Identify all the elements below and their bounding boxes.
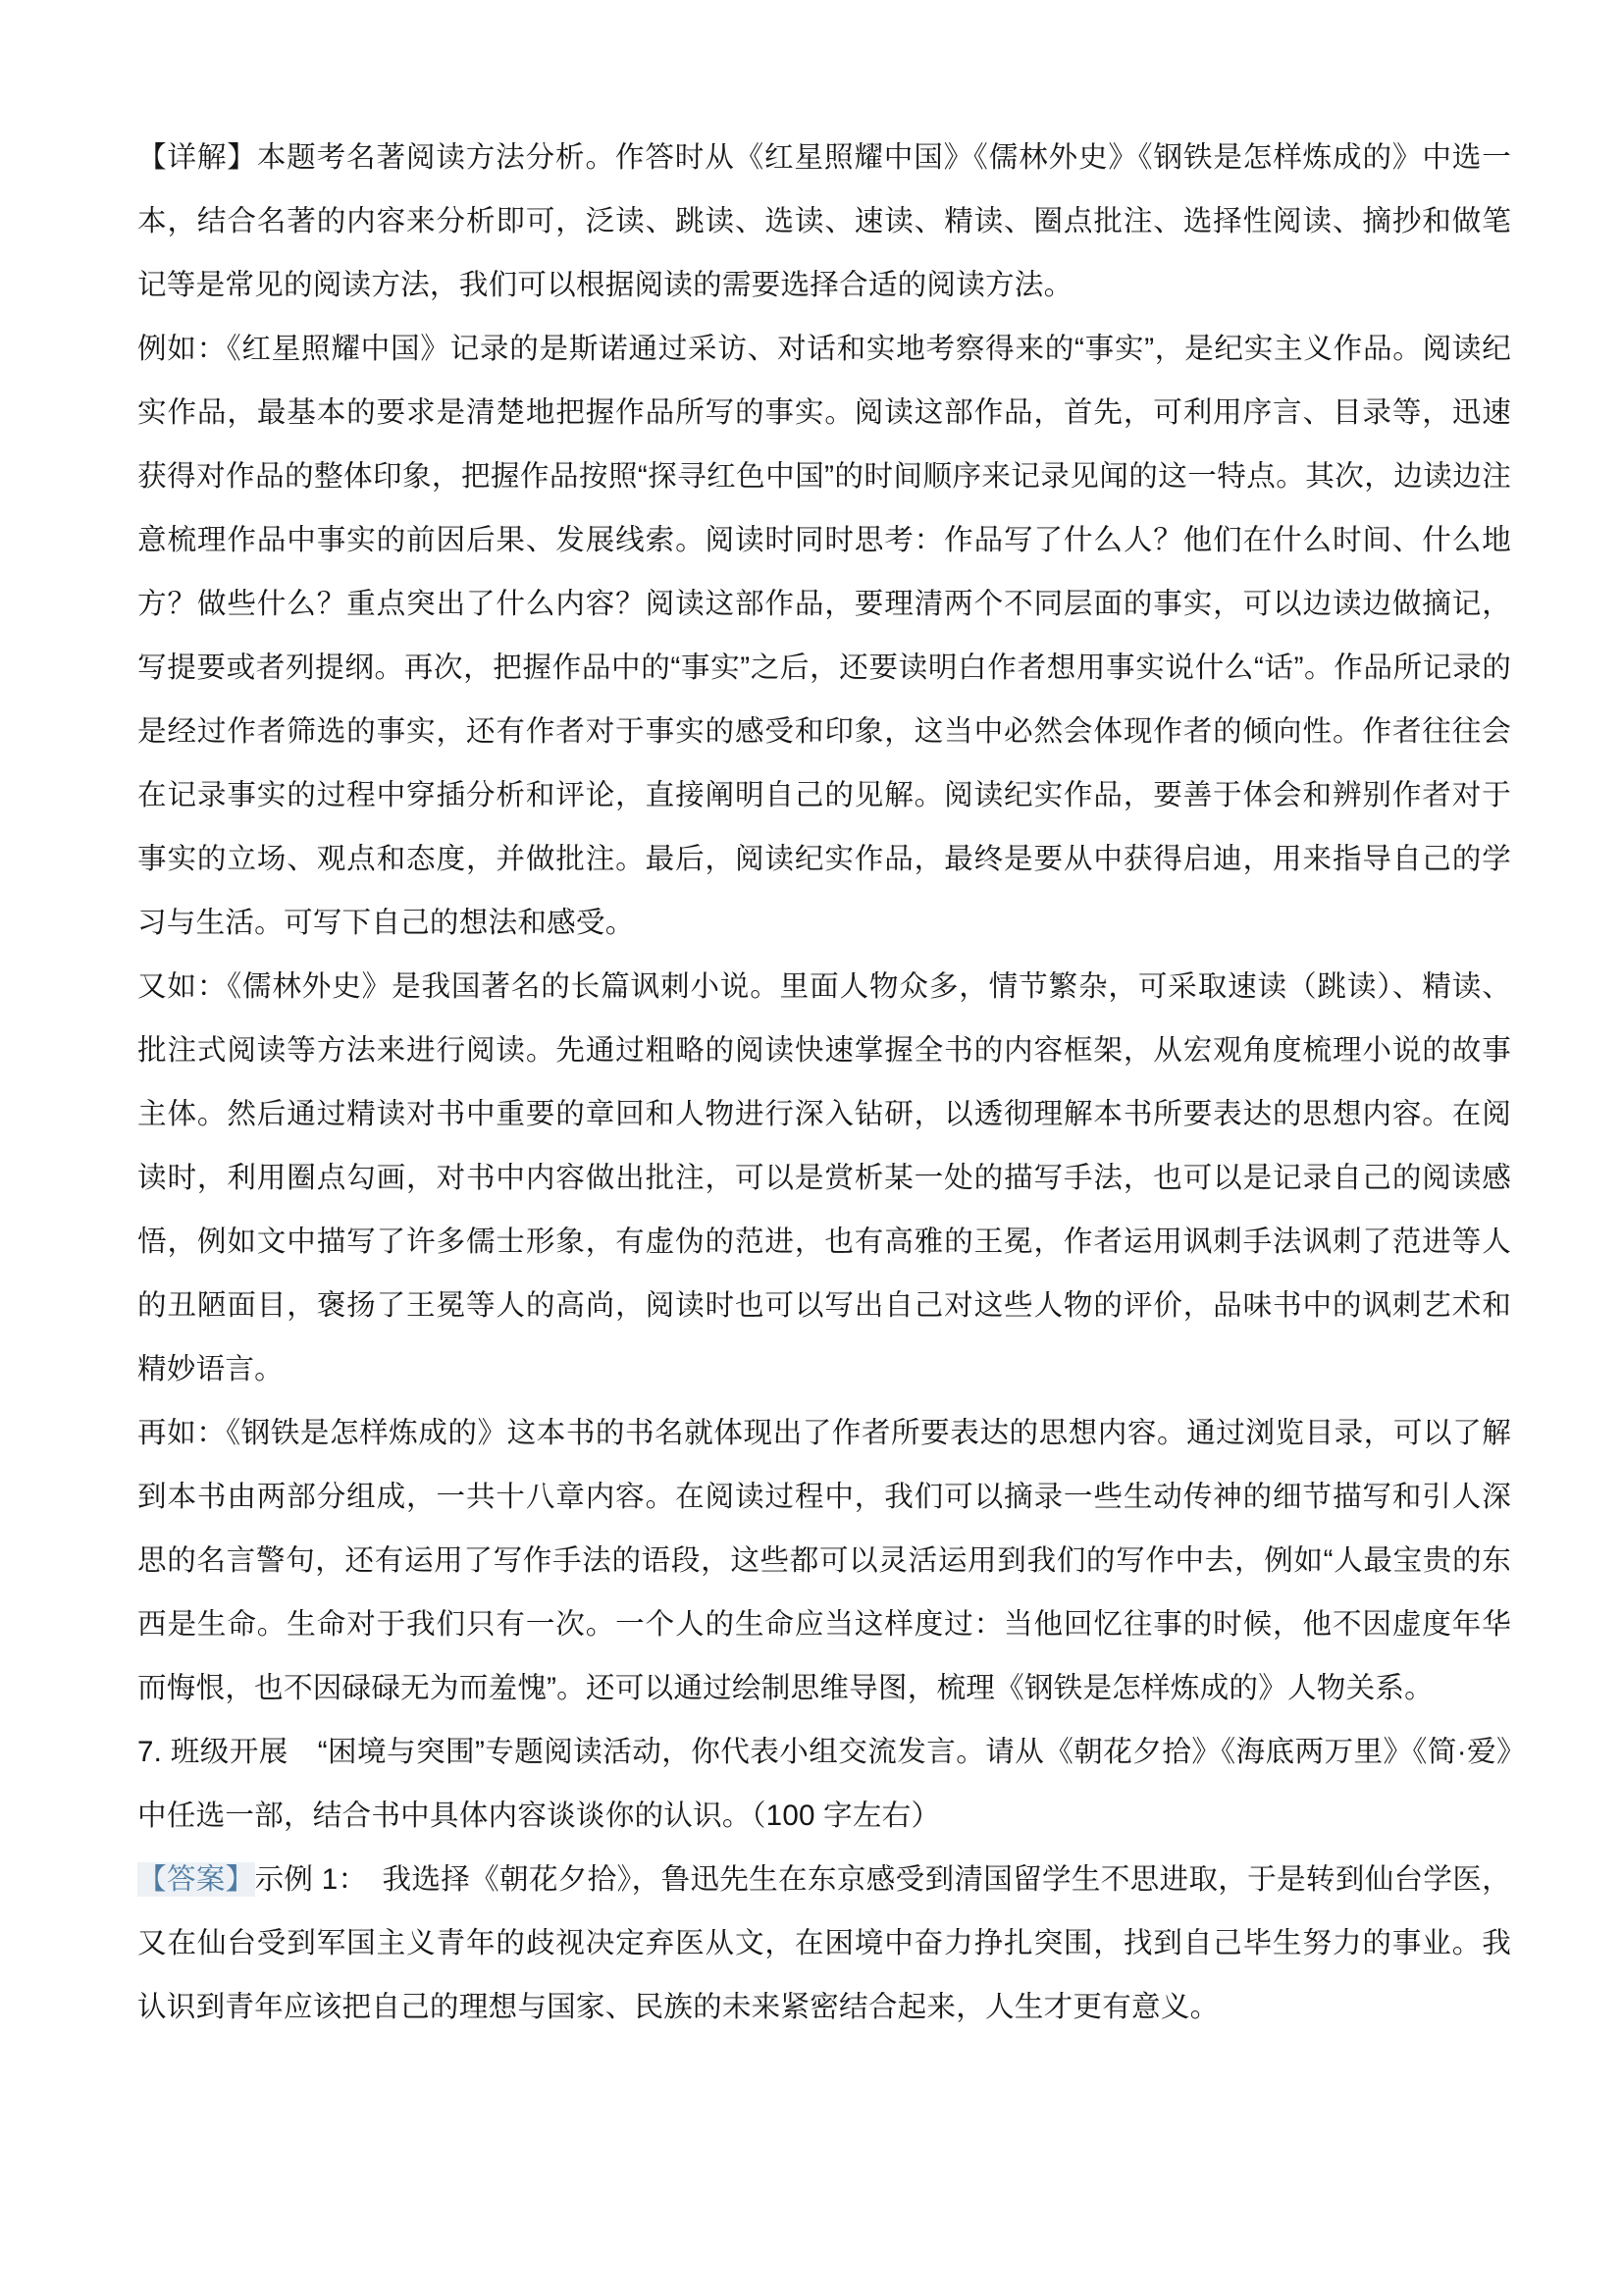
paragraph-question-7: 7. 班级开展 “困境与突围”专题阅读活动，你代表小组交流发言。请从《朝花夕拾》… bbox=[137, 1720, 1511, 1848]
question-7-text: 7. 班级开展 “困境与突围”专题阅读活动，你代表小组交流发言。请从《朝花夕拾》… bbox=[137, 1736, 1511, 1832]
example-gangtie-text: 再如：《钢铁是怎样炼成的》这本书的书名就体现出了作者所要表达的思想内容。通过浏览… bbox=[137, 1417, 1511, 1704]
paragraph-example-hongxing: 例如：《红星照耀中国》记录的是斯诺通过采访、对话和实地考察得来的“事实”，是纪实… bbox=[137, 317, 1511, 955]
explanation-text: 本题考名著阅读方法分析。作答时从《红星照耀中国》《儒林外史》《钢铁是怎样炼成的》… bbox=[137, 141, 1511, 301]
answer-text: 示例 1： 我选择《朝花夕拾》，鲁迅先生在东京感受到清国留学生不思进取，于是转到… bbox=[137, 1863, 1511, 2023]
paragraph-answer: 【答案】示例 1： 我选择《朝花夕拾》，鲁迅先生在东京感受到清国留学生不思进取，… bbox=[137, 1848, 1511, 2039]
example-hongxing-text: 例如：《红星照耀中国》记录的是斯诺通过采访、对话和实地考察得来的“事实”，是纪实… bbox=[137, 333, 1511, 939]
document-page: 【详解】本题考名著阅读方法分析。作答时从《红星照耀中国》《儒林外史》《钢铁是怎样… bbox=[0, 0, 1623, 2296]
paragraph-explanation: 【详解】本题考名著阅读方法分析。作答时从《红星照耀中国》《儒林外史》《钢铁是怎样… bbox=[137, 126, 1511, 317]
paragraph-example-gangtie: 再如：《钢铁是怎样炼成的》这本书的书名就体现出了作者所要表达的思想内容。通过浏览… bbox=[137, 1401, 1511, 1720]
paragraph-example-rulin: 又如：《儒林外史》是我国著名的长篇讽刺小说。里面人物众多，情节繁杂，可采取速读（… bbox=[137, 955, 1511, 1401]
explanation-label: 【详解】 bbox=[137, 141, 257, 174]
answer-label: 【答案】 bbox=[137, 1862, 255, 1897]
example-rulin-text: 又如：《儒林外史》是我国著名的长篇讽刺小说。里面人物众多，情节繁杂，可采取速读（… bbox=[137, 970, 1511, 1385]
